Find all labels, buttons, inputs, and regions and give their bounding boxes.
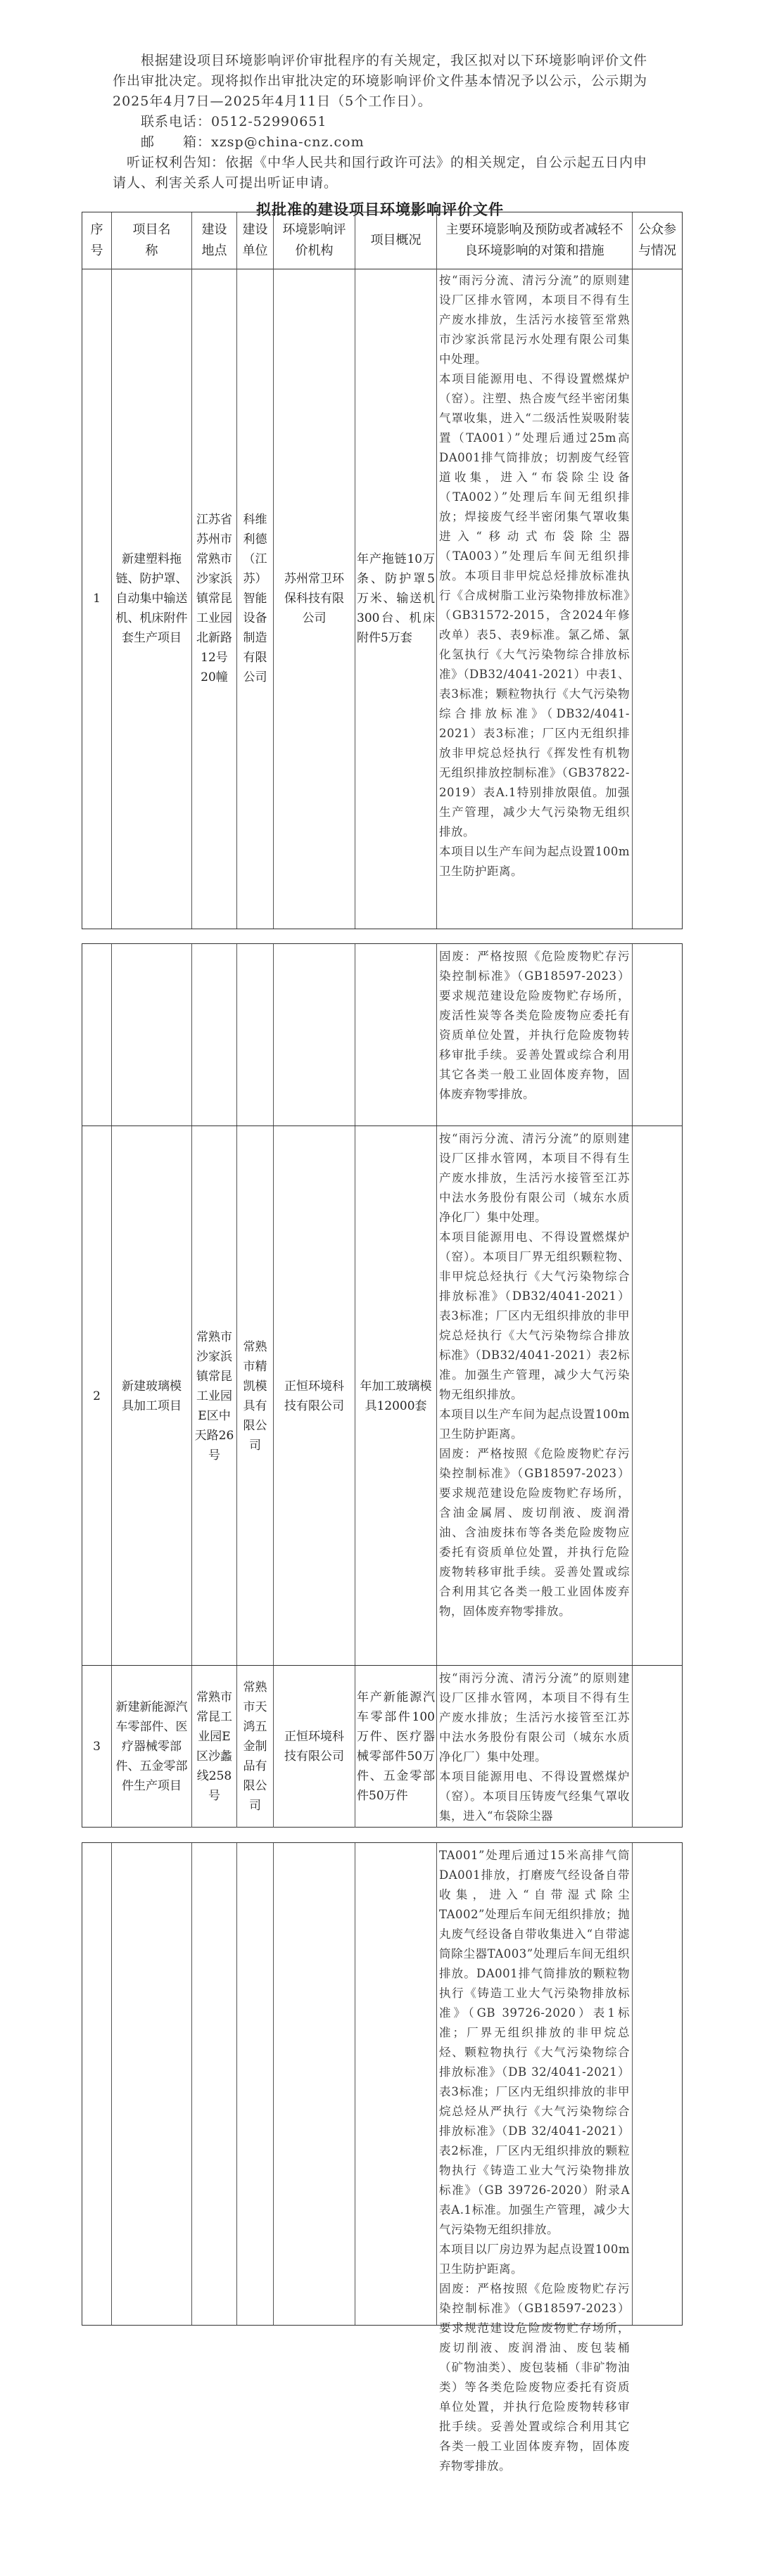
row2-agency: 正恒环境科技有限公司: [274, 1126, 355, 1666]
row3-public: [633, 1666, 682, 1828]
row3-name: 新建新能源汽车零部件、医疗器械零部件、五金零部件生产项目: [112, 1666, 192, 1828]
header-public: 公众参与情况: [633, 212, 682, 269]
header-agency: 环境影响评价机构: [274, 212, 355, 269]
row3-measure-water: 按“雨污分流、清污分流”的原则建设厂区排水管网，本项目不得有生产废水排放；生活污…: [439, 1669, 630, 1767]
contact-email: 邮 箱：xzsp@china-cnz.com: [113, 132, 651, 153]
row3-measure-air-cont: TA001”处理后通过15米高排气筒DA001排放，打磨废气经设备自带收集，进入…: [439, 1846, 630, 2240]
row2-measure-distance: 本项目以生产车间为起点设置100m卫生防护距离。: [439, 1405, 630, 1444]
row1-measures: 按“雨污分流、清污分流”的原则建设厂区排水管网，本项目不得有生产废水排放，生活污…: [437, 268, 633, 929]
table-header: 序号 项目名称 建设地点 建设单位 环境影响评价机构 项目概况 主要环境影响及预…: [82, 212, 683, 269]
row2-unit: 常熟市精凯模具有限公司: [237, 1126, 274, 1666]
row1-unit: 科维利德（江苏）智能设备制造有限公司: [237, 268, 274, 929]
contact-phone: 联系电话：0512-52990651: [113, 112, 651, 132]
row2-no: 2: [82, 1126, 112, 1666]
header-no: 序号: [82, 212, 112, 269]
row1-overview: 年产拖链10万条、防护罩5万米、输送机300台、机床附件5万套: [355, 268, 437, 929]
row3-measure-solid-waste: 固废：严格按照《危险废物贮存污染控制标准》（GB18597-2023）要求规范建…: [439, 2279, 630, 2476]
row3-measure-distance: 本项目以厂房边界为起点设置100m卫生防护距离。: [439, 2240, 630, 2279]
row3-measure-air-start: 本项目能源用电、不得设置燃煤炉（窑）。本项目压铸废气经集气罩收集，进入“布袋除尘…: [439, 1767, 630, 1826]
header-location: 建设地点: [192, 212, 237, 269]
table-row: 3 新建新能源汽车零部件、医疗器械零部件、五金零部件生产项目 常熟市常昆工业园E…: [82, 1665, 682, 1828]
row1-measure-distance: 本项目以生产车间为起点设置100m卫生防护距离。: [439, 842, 630, 881]
phone-label: 联系电话：: [141, 114, 211, 129]
header-measures: 主要环境影响及预防或者减轻不良环境影响的对策和措施: [437, 212, 633, 269]
row2-public: [633, 1126, 682, 1666]
row1-location: 江苏省苏州市常熟市沙家浜镇常昆工业园北新路12号20幢: [192, 268, 237, 929]
row2-overview: 年加工玻璃模具12000套: [355, 1126, 437, 1666]
row1-measure-water: 按“雨污分流、清污分流”的原则建设厂区排水管网，本项目不得有生产废水排放，生活污…: [439, 271, 630, 369]
notice-paragraph: 根据建设项目环境影响评价审批程序的有关规定，我区拟对以下环境影响评价文件作出审批…: [113, 51, 651, 112]
row2-measure-water: 按“雨污分流、清污分流”的原则建设厂区排水管网，本项目不得有生产废水排放，生活污…: [439, 1129, 630, 1228]
table-row: 固废：严格按照《危险废物贮存污染控制标准》（GB18597-2023）要求规范建…: [82, 944, 682, 1126]
email-label: 邮 箱：: [141, 134, 211, 150]
header-name: 项目名称: [112, 212, 192, 269]
row3-location: 常熟市常昆工业园E区沙蠡线258号: [192, 1666, 237, 1828]
row2-measure-air: 本项目能源用电、不得设置燃煤炉（窑）。本项目厂界无组织颗粒物、非甲烷总烃执行《大…: [439, 1228, 630, 1405]
row1-name: 新建塑料拖链、防护罩、自动集中输送机、机床附件套生产项目: [112, 268, 192, 929]
row1-measure-air: 本项目能源用电、不得设置燃煤炉（窑）。注塑、热合废气经半密闭集气罩收集，进入“二…: [439, 369, 630, 842]
table-page-2: 固废：严格按照《危险废物贮存污染控制标准》（GB18597-2023）要求规范建…: [82, 943, 683, 1828]
email-value[interactable]: xzsp@china-cnz.com: [211, 134, 365, 150]
row2-location: 常熟市沙家浜镇常昆工业园E区中天路26号: [192, 1126, 237, 1666]
table-page-3: TA001”处理后通过15米高排气筒DA001排放，打磨废气经设备自带收集，进入…: [82, 1842, 683, 2326]
row1-no: 1: [82, 268, 112, 929]
row2-name: 新建玻璃模具加工项目: [112, 1126, 192, 1666]
row3-no: 3: [82, 1666, 112, 1828]
header-overview: 项目概况: [355, 212, 437, 269]
phone-value: 0512-52990651: [211, 114, 327, 129]
hearing-notice: 听证权利告知：依据《中华人民共和国行政许可法》的相关规定，自公示起五日内申请人、…: [113, 153, 651, 193]
row3-measures-cont: TA001”处理后通过15米高排气筒DA001排放，打磨废气经设备自带收集，进入…: [437, 1843, 633, 2325]
row3-agency: 正恒环境科技有限公司: [274, 1666, 355, 1828]
row2-measure-solid-waste: 固废：严格按照《危险废物贮存污染控制标准》（GB18597-2023）要求规范建…: [439, 1444, 630, 1621]
row2-measures: 按“雨污分流、清污分流”的原则建设厂区排水管网，本项目不得有生产废水排放，生活污…: [437, 1126, 633, 1666]
row3-overview: 年产新能源汽车零部件100万件、医疗器械零部件50万件、五金零部件50万件: [355, 1666, 437, 1828]
row3-measures: 按“雨污分流、清污分流”的原则建设厂区排水管网，本项目不得有生产废水排放；生活污…: [437, 1666, 633, 1828]
row1-public: [633, 268, 682, 929]
row1-measures-cont: 固废：严格按照《危险废物贮存污染控制标准》（GB18597-2023）要求规范建…: [437, 944, 633, 1126]
header-unit: 建设单位: [237, 212, 274, 269]
row3-unit: 常熟市天鸿五金制品有限公司: [237, 1666, 274, 1828]
table-row: 1 新建塑料拖链、防护罩、自动集中输送机、机床附件套生产项目 江苏省苏州市常熟市…: [82, 268, 683, 929]
row1-agency: 苏州常卫环保科技有限公司: [274, 268, 355, 929]
notice-block: 根据建设项目环境影响评价审批程序的有关规定，我区拟对以下环境影响评价文件作出审批…: [113, 51, 651, 193]
table-row: 2 新建玻璃模具加工项目 常熟市沙家浜镇常昆工业园E区中天路26号 常熟市精凯模…: [82, 1126, 682, 1666]
row1-measure-solid-waste: 固废：严格按照《危险废物贮存污染控制标准》（GB18597-2023）要求规范建…: [439, 947, 630, 1104]
